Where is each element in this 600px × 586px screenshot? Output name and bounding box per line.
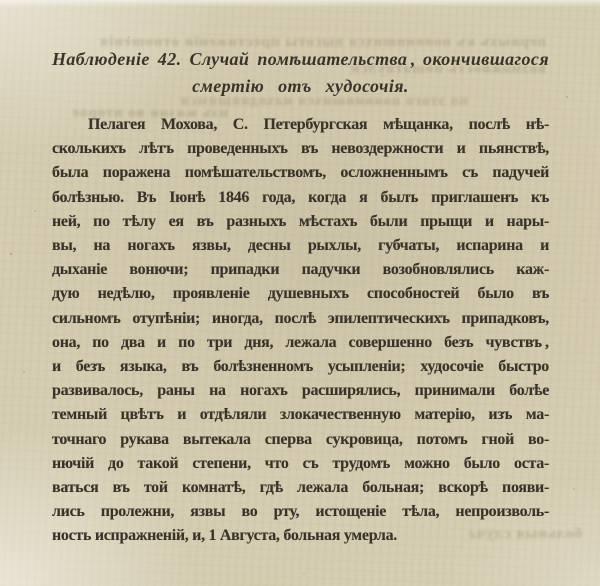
body-text-line: сколькихъ лѣтъ проведенныхъ въ невоздерж… bbox=[52, 137, 549, 161]
body-text-line: точнаго рукава вытекала сперва сукровица… bbox=[52, 428, 549, 452]
body-text-line: Пелагея Мохова, С. Петербургская мѣщанка… bbox=[52, 113, 549, 137]
body-text-line: дую недѣлю, проявленіе душевныхъ способн… bbox=[52, 282, 549, 306]
heading-line-1: Наблюденіе 42. Случай помѣшательства , о… bbox=[52, 46, 549, 72]
observation-heading: Наблюденіе 42. Случай помѣшательства , о… bbox=[52, 46, 549, 100]
page-content: Наблюденіе 42. Случай помѣшательства , о… bbox=[0, 0, 600, 549]
body-text-line: ваться въ той комнатѣ, гдѣ лежала больна… bbox=[52, 476, 549, 500]
case-description-paragraph: Пелагея Мохова, С. Петербургская мѣщанка… bbox=[52, 113, 549, 549]
body-text-line: она, по два и по три дня, лежала соверше… bbox=[52, 331, 549, 355]
body-text-line: и безъ языка, въ болѣзненномъ усыпленіи;… bbox=[52, 355, 549, 379]
body-text-line: лись пролежни, язвы во рту, истощеніе тѣ… bbox=[52, 500, 549, 524]
body-text-line: ней, по тѣлу ея въ разныхъ мѣстахъ были … bbox=[52, 210, 549, 234]
body-text-line: темный цвѣтъ и отдѣляли злокачественную … bbox=[52, 403, 549, 427]
body-text-line: ность испражненій, и, 1 Августа, больная… bbox=[52, 524, 549, 548]
body-text-line: была поражена помѣшательствомъ, осложнен… bbox=[52, 161, 549, 185]
body-text-line: вы, на ногахъ язвы, десны рыхлы, губчаты… bbox=[52, 234, 549, 258]
body-text-line: нючій до такой степени, что съ трудомъ м… bbox=[52, 452, 549, 476]
heading-line-2: смертію отъ худосочія. bbox=[52, 72, 549, 100]
body-text-line: дыханіе вонючи; припадки падучки возобно… bbox=[52, 258, 549, 282]
body-text-line: развивалось, раны на ногахъ расширялись,… bbox=[52, 379, 549, 403]
scanned-book-page: первыхъ къ появившихся высоты престижені… bbox=[0, 0, 600, 586]
body-text-line: болѣзнью. Въ Іюнѣ 1846 года, когда я был… bbox=[52, 186, 549, 210]
body-text-line: сильномъ отупѣніи; иногда, послѣ эпилепт… bbox=[52, 307, 549, 331]
